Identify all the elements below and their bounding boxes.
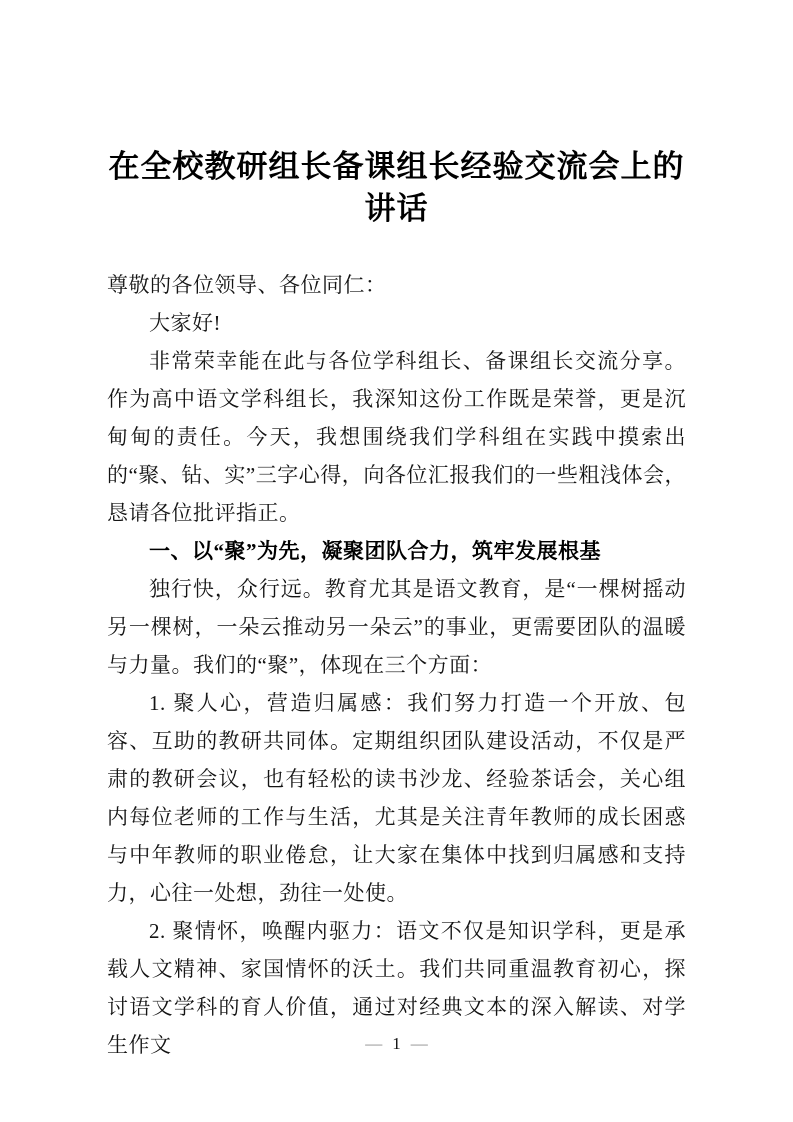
footer-dash-left: — bbox=[355, 1034, 392, 1053]
intro-paragraph: 非常荣幸能在此与各位学科组长、备课组长交流分享。作为高中语文学科组长，我深知这份… bbox=[107, 342, 686, 532]
document-content: 在全校教研组长备课组长经验交流会上的 讲话 尊敬的各位领导、各位同仁： 大家好!… bbox=[0, 0, 793, 1064]
greeting-paragraph: 大家好! bbox=[107, 304, 686, 342]
document-title-line-1: 在全校教研组长备课组长经验交流会上的 bbox=[109, 149, 685, 184]
document-body: 尊敬的各位领导、各位同仁： 大家好! 非常荣幸能在此与各位学科组长、备课组长交流… bbox=[107, 266, 686, 1064]
salutation-paragraph: 尊敬的各位领导、各位同仁： bbox=[107, 266, 686, 304]
point-one-paragraph: 1. 聚人心，营造归属感：我们努力打造一个开放、包容、互助的教研共同体。定期组织… bbox=[107, 684, 686, 912]
section-one-heading: 一、以“聚”为先，凝聚团队合力，筑牢发展根基 bbox=[107, 532, 686, 570]
document-title: 在全校教研组长备课组长经验交流会上的 讲话 bbox=[107, 146, 686, 230]
document-title-line-2: 讲话 bbox=[365, 191, 429, 226]
footer-dash-right: — bbox=[401, 1034, 438, 1053]
section-one-intro-paragraph: 独行快，众行远。教育尤其是语文教育，是“一棵树摇动另一棵树，一朵云推动另一朵云”… bbox=[107, 570, 686, 684]
page-number: 1 bbox=[392, 1034, 401, 1053]
document-page: 在全校教研组长备课组长经验交流会上的 讲话 尊敬的各位领导、各位同仁： 大家好!… bbox=[0, 0, 793, 1122]
page-footer: —1— bbox=[0, 1032, 793, 1056]
